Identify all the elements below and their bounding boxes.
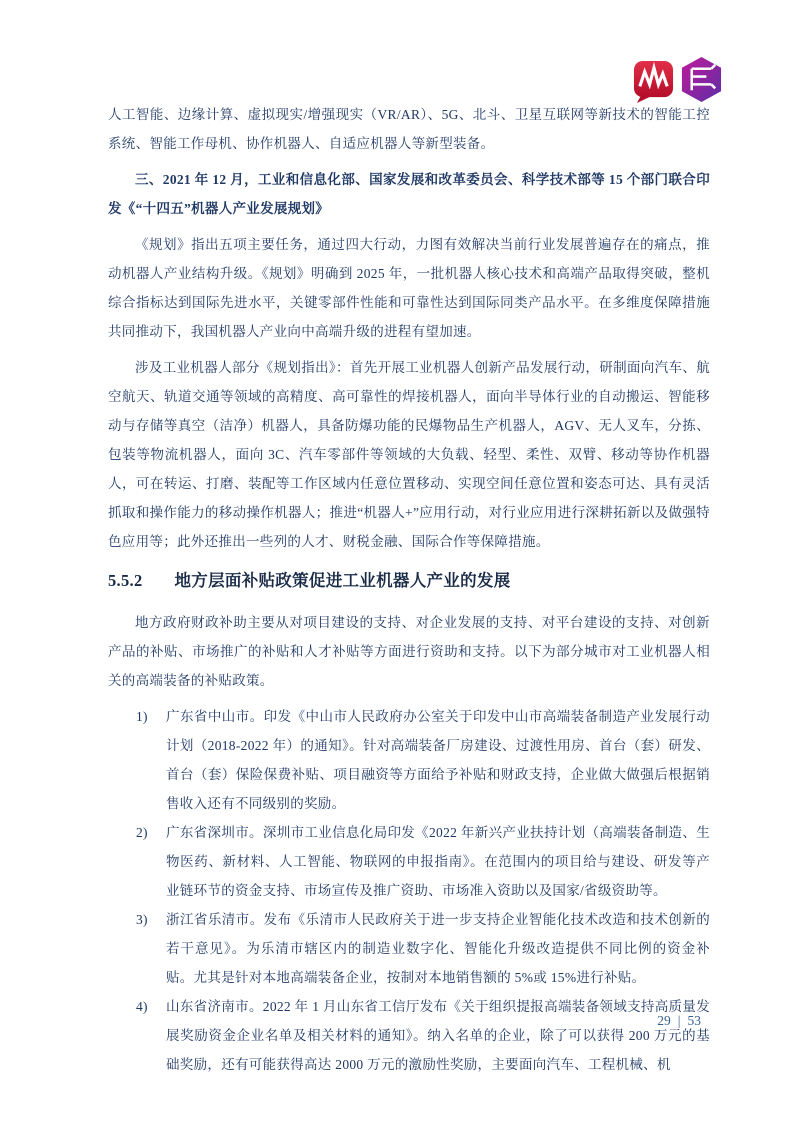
list-item-jinan: 4) 山东省济南市。2022 年 1 月山东省工信厅发布《关于组织提报高端装备领… — [136, 992, 710, 1079]
list-item-shenzhen: 2) 广东省深圳市。深圳市工业信息化局印发《2022 年新兴产业扶持计划（高端装… — [136, 818, 710, 905]
page-footer: 29 | 53 — [657, 1012, 701, 1030]
list-item-text: 广东省中山市。印发《中山市人民政府办公室关于印发中山市高端装备制造产业发展行动计… — [166, 702, 710, 818]
list-item-number: 2) — [136, 818, 166, 905]
document-page: 人工智能、边缘计算、虚拟现实/增强现实（VR/AR）、5G、北斗、卫星互联网等新… — [0, 0, 793, 1122]
purple-hexagon-cube-logo-icon — [680, 56, 723, 103]
footer-total-pages: 53 — [688, 1012, 702, 1030]
section-number: 5.5.2 — [108, 569, 143, 593]
list-item-text: 广东省深圳市。深圳市工业信息化局印发《2022 年新兴产业扶持计划（高端装备制造… — [166, 818, 710, 905]
section-title: 地方层面补贴政策促进工业机器人产业的发展 — [175, 571, 511, 590]
subsidy-policy-list: 1) 广东省中山市。印发《中山市人民政府办公室关于印发中山市高端装备制造产业发展… — [136, 702, 710, 1079]
header-logos — [632, 56, 723, 103]
footer-current-page: 29 — [657, 1012, 671, 1030]
list-item-text: 山东省济南市。2022 年 1 月山东省工信厅发布《关于组织提报高端装备领域支持… — [166, 992, 710, 1079]
paragraph-local-subsidy: 地方政府财政补助主要从对项目建设的支持、对企业发展的支持、对平台建设的支持、对创… — [108, 608, 710, 695]
red-speech-bubble-zigzag-logo-icon — [632, 59, 675, 103]
document-body: 人工智能、边缘计算、虚拟现实/增强现实（VR/AR）、5G、北斗、卫星互联网等新… — [108, 100, 710, 1079]
heading-three-bold: 三、2021 年 12 月，工业和信息化部、国家发展和改革委员会、科学技术部等 … — [108, 165, 710, 223]
section-heading-552: 5.5.2地方层面补贴政策促进工业机器人产业的发展 — [108, 569, 710, 593]
list-item-text: 浙江省乐清市。发布《乐清市人民政府关于进一步支持企业智能化技术改造和技术创新的若… — [166, 905, 710, 992]
list-item-number: 3) — [136, 905, 166, 992]
paragraph-continuation: 人工智能、边缘计算、虚拟现实/增强现实（VR/AR）、5G、北斗、卫星互联网等新… — [108, 100, 710, 158]
paragraph-industrial-robots: 涉及工业机器人部分《规划指出》：首先开展工业机器人创新产品发展行动，研制面向汽车… — [108, 353, 710, 556]
list-item-number: 4) — [136, 992, 166, 1079]
list-item-zhongshan: 1) 广东省中山市。印发《中山市人民政府办公室关于印发中山市高端装备制造产业发展… — [136, 702, 710, 818]
footer-separator: | — [678, 1012, 681, 1030]
list-item-yueqing: 3) 浙江省乐清市。发布《乐清市人民政府关于进一步支持企业智能化技术改造和技术创… — [136, 905, 710, 992]
list-item-number: 1) — [136, 702, 166, 818]
paragraph-plan-tasks: 《规划》指出五项主要任务，通过四大行动，力图有效解决当前行业发展普遍存在的痛点，… — [108, 230, 710, 346]
